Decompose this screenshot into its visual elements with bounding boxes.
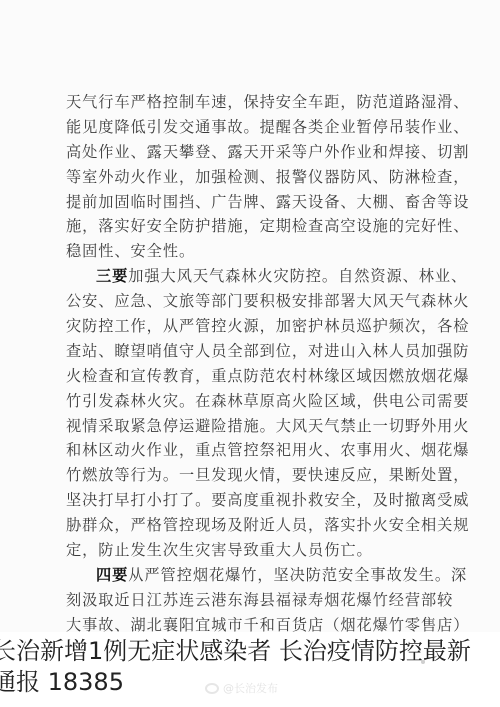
- document-line: 和林区动火作业，重点管控祭祀用火、农事用火、烟花爆: [66, 438, 442, 463]
- document-line: 等室外动火作业，加强检测、报警仪器防风、防淋检查，: [66, 165, 442, 190]
- line-text: 火检查和宣传教育，重点防范农村林缘区域因燃放烟花爆: [66, 367, 469, 385]
- document-line: 竹燃放等行为。一旦发现火情，要快速反应，果断处置，: [66, 463, 442, 488]
- line-text: 竹引发森林火灾。在森林草原高火险区域，供电公司需要: [66, 392, 469, 410]
- line-text: 能见度降低引发交通事故。提醒各类企业暂停吊装作业、: [66, 118, 469, 136]
- document-line: 灾防控工作，从严管控火源，加密护林员巡护频次，各检: [66, 314, 442, 339]
- line-text: 大事故、湖北襄阳宜城市千和百货店（烟花爆竹零售店）: [66, 616, 469, 632]
- document-line: 视情采取紧急停运避险措施。大风天气禁止一切野外用火: [66, 414, 442, 439]
- line-text: 公安、应急、文旅等部门要积极安排部署大风天气森林火: [66, 292, 469, 310]
- weibo-icon: [205, 683, 219, 694]
- line-text: 视情采取紧急停运避险措施。大风天气禁止一切野外用火: [66, 417, 469, 435]
- document-line: 稳固性、安全性。: [66, 239, 442, 264]
- line-text: 高处作业、露天攀登、露天开采等户外作业和焊接、切割: [66, 143, 469, 161]
- document-line: 能见度降低引发交通事故。提醒各类企业暂停吊装作业、: [66, 115, 442, 140]
- line-text: 定，防止发生次生灾害导致重大人员伤亡。: [66, 541, 373, 559]
- document-line: 三要加强大风天气森林火灾防控。自然资源、林业、: [66, 264, 442, 289]
- line-text: 提前加固临时围挡、广告牌、露天设备、大棚、畜舍等设: [66, 193, 469, 211]
- line-text: 查站、瞭望哨值守人员全部到位，对进山入林人员加强防: [66, 342, 469, 360]
- line-text: 和林区动火作业，重点管控祭祀用火、农事用火、烟花爆: [66, 441, 469, 459]
- document-line: 高处作业、露天攀登、露天开采等户外作业和焊接、切割: [66, 140, 442, 165]
- line-text: 施，落实好安全防护措施，定期检查高空设施的完好性、: [66, 217, 469, 235]
- line-text: 胁群众，严格管控现场及附近人员，落实扑火安全相关规: [66, 516, 469, 534]
- document-scan: 天气行车严格控制车速，保持安全车距，防范道路湿滑、能见度降低引发交通事故。提醒各…: [0, 0, 500, 632]
- caption-line-1: 长治新增1例无症状感染者 长治疫情防控最新: [0, 636, 500, 667]
- line-text: 等室外动火作业，加强检测、报警仪器防风、防淋检查，: [66, 168, 469, 186]
- line-text: 刻汲取近日江苏连云港东海县福禄寿烟花爆竹经营部较: [66, 591, 453, 609]
- document-line: 火检查和宣传教育，重点防范农村林缘区域因燃放烟花爆: [66, 364, 442, 389]
- watermark: @长治发布: [205, 680, 278, 696]
- line-text: 灾防控工作，从严管控火源，加密护林员巡护频次，各检: [66, 317, 469, 335]
- line-text: 加强大风天气森林火灾防控。自然资源、林业、: [128, 267, 467, 285]
- line-text: 坚决打早打小打了。要高度重视扑救安全，及时撤离受威: [66, 491, 469, 509]
- document-line: 四要从严管控烟花爆竹，坚决防范安全事故发生。深: [66, 563, 442, 588]
- document-body: 天气行车严格控制车速，保持安全车距，防范道路湿滑、能见度降低引发交通事故。提醒各…: [66, 90, 442, 632]
- document-line: 公安、应急、文旅等部门要积极安排部署大风天气森林火: [66, 289, 442, 314]
- document-line: 施，落实好安全防护措施，定期检查高空设施的完好性、: [66, 214, 442, 239]
- document-line: 刻汲取近日江苏连云港东海县福禄寿烟花爆竹经营部较: [66, 588, 442, 613]
- document-line: 定，防止发生次生灾害导致重大人员伤亡。: [66, 538, 442, 563]
- document-line: 提前加固临时围挡、广告牌、露天设备、大棚、畜舍等设: [66, 190, 442, 215]
- line-text: 从严管控烟花爆竹，坚决防范安全事故发生。深: [128, 566, 467, 584]
- document-line: 竹引发森林火灾。在森林草原高火险区域，供电公司需要: [66, 389, 442, 414]
- document-line: 查站、瞭望哨值守人员全部到位，对进山入林人员加强防: [66, 339, 442, 364]
- document-line: 胁群众，严格管控现场及附近人员，落实扑火安全相关规: [66, 513, 442, 538]
- section-lead: 三要: [96, 267, 128, 285]
- document-line: 天气行车严格控制车速，保持安全车距，防范道路湿滑、: [66, 90, 442, 115]
- line-text: 稳固性、安全性。: [66, 242, 195, 260]
- line-text: 竹燃放等行为。一旦发现火情，要快速反应，果断处置，: [66, 466, 469, 484]
- section-lead: 四要: [96, 566, 128, 584]
- decorative-dot: [421, 660, 425, 664]
- line-text: 天气行车严格控制车速，保持安全车距，防范道路湿滑、: [66, 93, 469, 111]
- document-line: 坚决打早打小打了。要高度重视扑救安全，及时撤离受威: [66, 488, 442, 513]
- watermark-text: @长治发布: [223, 680, 278, 696]
- document-line: 大事故、湖北襄阳宜城市千和百货店（烟花爆竹零售店）: [66, 613, 442, 632]
